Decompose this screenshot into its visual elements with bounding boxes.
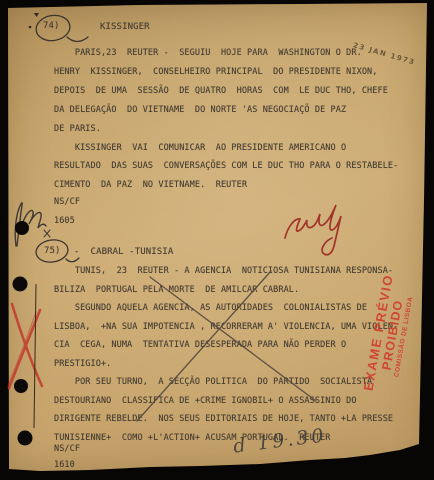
- typed-line: DEPOIS DE UMA SESSÃO DE QUATRO HORAS COM…: [54, 82, 398, 101]
- sign-off: NS/CF: [54, 444, 80, 454]
- sign-off: NS/CF: [54, 197, 80, 207]
- typed-line: TUNIS, 23 REUTER - A AGENCIA NOTICIOSA T…: [54, 262, 398, 281]
- typed-line: POR SEU TURNO, A SECÇÃO POLITICA DO PART…: [54, 373, 398, 392]
- typed-line: PARIS,23 REUTER - SEGUIU HOJE PARA WASHI…: [54, 44, 398, 63]
- typed-line: BILIZA PORTUGAL PELA MORTE DE AMILCAR CA…: [54, 281, 398, 300]
- dispatch-time: 1605: [54, 216, 75, 226]
- article-number: 74): [43, 21, 60, 31]
- dispatch-time: 1610: [54, 460, 75, 470]
- typed-line: HENRY KISSINGER, CONSELHEIRO PRINCIPAL D…: [54, 63, 398, 82]
- typed-line: DA DELEGAÇÃO DO VIETNAME DO NORTE 'AS NE…: [54, 101, 398, 120]
- typed-line: CIMENTO DA PAZ NO VIETNAME. REUTER: [54, 176, 398, 195]
- typed-line: DIRIGENTE REBELDE. NOS SEUS EDITORIAIS D…: [54, 410, 398, 429]
- article-title: - CABRAL -TUNISIA: [74, 247, 173, 257]
- typed-line: SEGUNDO AQUELA AGENCIA, AS AUTORIDADES C…: [54, 299, 398, 318]
- scanned-telegram-page: 74) KISSINGER PARIS,23 REUTER - SEGUIU H…: [0, 0, 434, 480]
- typed-line: RESULTADO DAS SUAS CONVERSAÇÕES COM LE D…: [54, 157, 398, 176]
- article-body: PARIS,23 REUTER - SEGUIU HOJE PARA WASHI…: [54, 44, 398, 195]
- article-title: KISSINGER: [100, 22, 150, 32]
- typed-line: DE PARIS.: [54, 120, 398, 139]
- typed-line: KISSINGER VAI COMUNICAR AO PRESIDENTE AM…: [54, 139, 398, 158]
- article-body: TUNIS, 23 REUTER - A AGENCIA NOTICIOSA T…: [54, 262, 398, 447]
- typed-line: PRESTIGIO+.: [54, 355, 398, 374]
- typed-line: TUNISIENNE+ COMO +L'ACTION+ ACUSAM PORTU…: [54, 429, 398, 448]
- typed-line: CIA CEGA, NUMA TENTATIVA DESESPERADA PAR…: [54, 336, 398, 355]
- typed-line: DESTOURIANO CLASSIFICA DE +CRIME IGNOBIL…: [54, 392, 398, 411]
- article-number: 75): [44, 246, 61, 256]
- typed-line: LISBOA, +NA SUA IMPOTENCIA , RECORRERAM …: [54, 318, 398, 337]
